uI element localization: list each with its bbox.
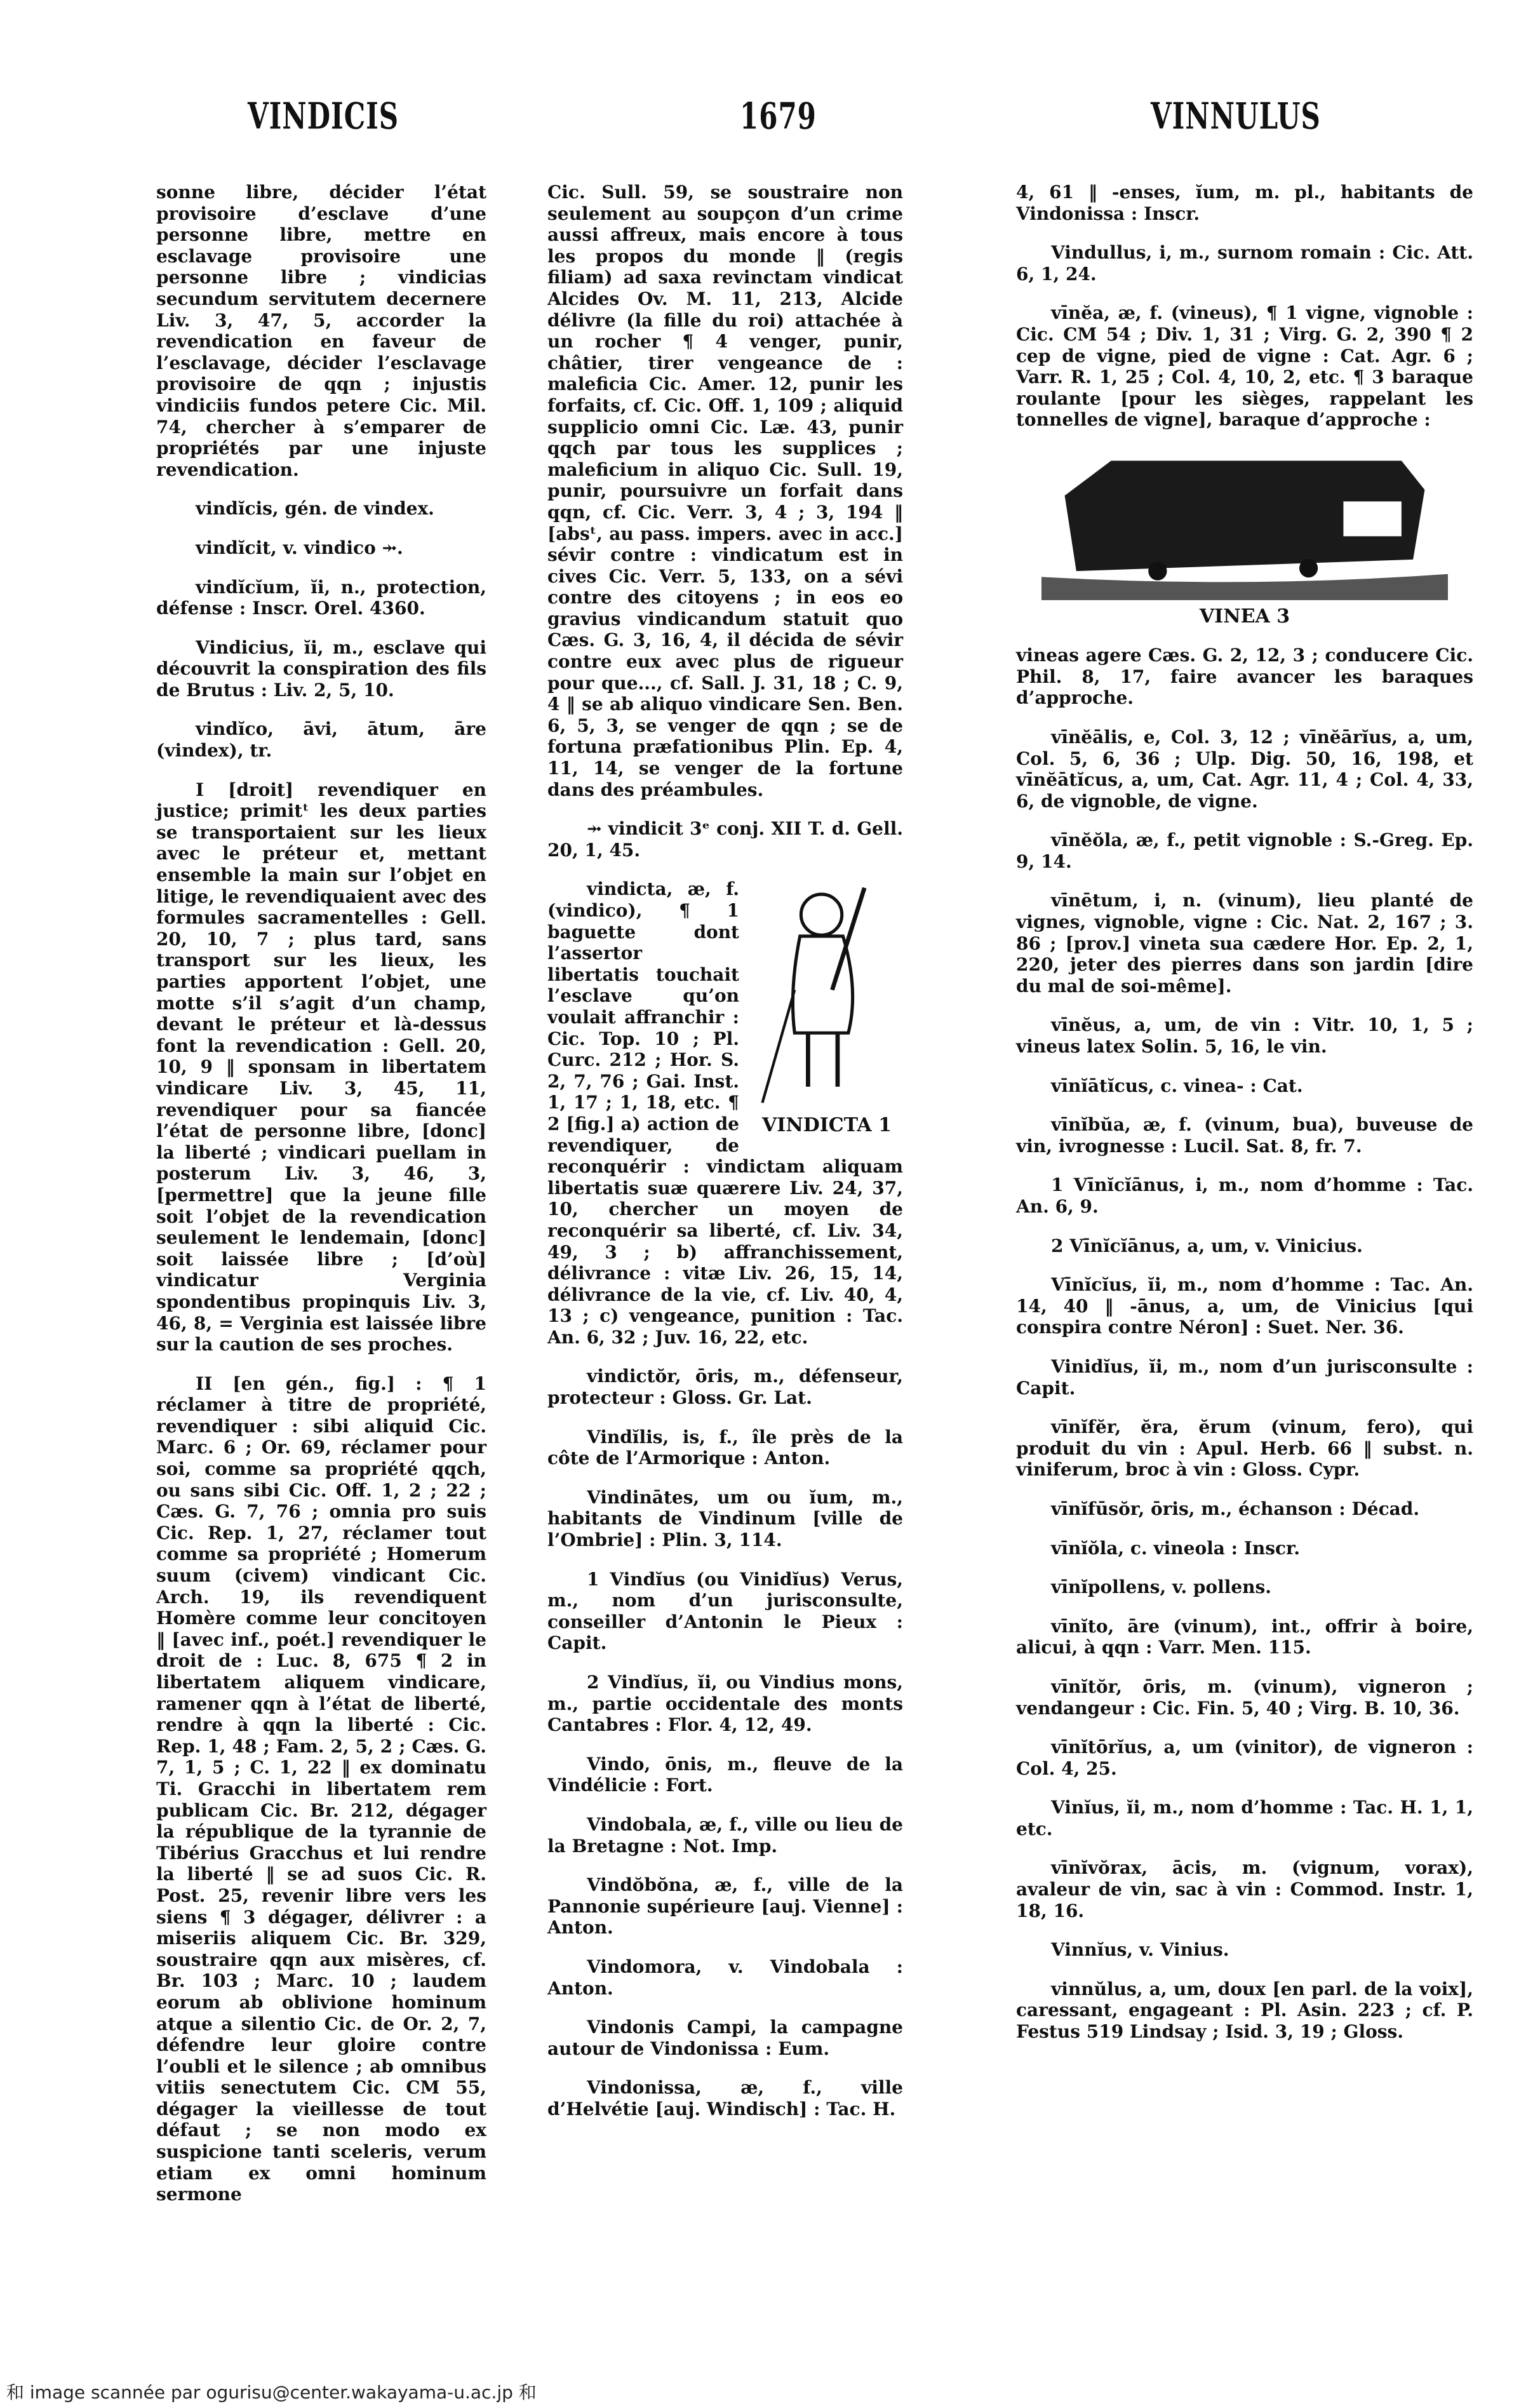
dictionary-entry: vīnĭtŏr, ōris, m. (vinum), vigneron ; ve…: [1016, 1676, 1473, 1719]
dictionary-entry: 1 Vindĭus (ou Vinidĭus) Verus, m., nom d…: [547, 1569, 903, 1654]
figure-caption: VINEA 3: [1016, 606, 1473, 628]
figure-vindicta: VINDICTA 1: [751, 881, 903, 1136]
dictionary-entry: 1 Vīnĭcĭānus, i, m., nom d’homme : Tac. …: [1016, 1174, 1473, 1217]
dictionary-entry: vīnĭpollens, v. pollens.: [1016, 1576, 1473, 1598]
page-number: 1679: [740, 95, 817, 137]
dictionary-entry: Vindobala, æ, f., ville ou lieu de la Br…: [547, 1814, 903, 1857]
dictionary-entry: 2 Vindĭus, ĭi, ou Vindius mons, m., part…: [547, 1672, 903, 1736]
dictionary-entry: vinnŭlus, a, um, doux [en parl. de la vo…: [1016, 1979, 1473, 2043]
dictionary-entry: Vindonissa, æ, f., ville d’Helvétie [auj…: [547, 2077, 903, 2120]
column-middle: Cic. Sull. 59, se soustraire non seuleme…: [547, 164, 903, 2138]
column-right: 4, 61 ‖ -enses, ĭum, m. pl., habitants d…: [1016, 164, 1473, 2060]
dictionary-entry: Vindĭlis, is, f., île près de la côte de…: [547, 1427, 903, 1469]
running-head-left: VINDICIS: [248, 95, 399, 137]
dictionary-entry: Vinnĭus, v. Vinius.: [1016, 1939, 1473, 1961]
scan-credit-footer: 和 image scannée par ogurisu@center.wakay…: [6, 2379, 537, 2404]
dictionary-entry: vīnĭŏla, c. vineola : Inscr.: [1016, 1538, 1473, 1559]
dictionary-entry-continuation: vineas agere Cæs. G. 2, 12, 3 ; conducer…: [1016, 645, 1473, 709]
dictionary-entry: Vindicius, ĭi, m., esclave qui découvrit…: [156, 637, 486, 701]
dictionary-entry: vindĭco, āvi, ātum, āre (vindex), tr.: [156, 718, 486, 761]
dictionary-entry: vīnĭātĭcus, c. vinea- : Cat.: [1016, 1075, 1473, 1097]
dictionary-sense: I [droit] revendiquer en justice; primit…: [156, 779, 486, 1355]
dictionary-entry: vīnĕus, a, um, de vin : Vitr. 10, 1, 5 ;…: [1016, 1014, 1473, 1057]
dictionary-entry: Vindullus, i, m., surnom romain : Cic. A…: [1016, 242, 1473, 285]
dictionary-entry: vīnĭvŏrax, ācis, m. (vignum, vorax), ava…: [1016, 1857, 1473, 1921]
dictionary-entry: vīnĕālis, e, Col. 3, 12 ; vīnĕārĭus, a, …: [1016, 727, 1473, 812]
dictionary-entry: vindĭcis, gén. de vindex.: [156, 498, 486, 520]
dictionary-entry: ⤞ vindicit 3ᵉ conj. XII T. d. Gell. 20, …: [547, 818, 903, 861]
dictionary-entry: Vinidĭus, ĭi, m., nom d’un jurisconsulte…: [1016, 1356, 1473, 1399]
dictionary-entry: Vindinātes, um ou ĭum, m., habitants de …: [547, 1487, 903, 1551]
dictionary-entry: Vinĭus, ĭi, m., nom d’homme : Tac. H. 1,…: [1016, 1797, 1473, 1839]
figure-caption: VINDICTA 1: [751, 1115, 903, 1136]
dictionary-entry: Vindŏbŏna, æ, f., ville de la Pannonie s…: [547, 1874, 903, 1939]
dictionary-entry: vīnĭtōrĭus, a, um (vinitor), de vigneron…: [1016, 1737, 1473, 1779]
running-head: VINDICIS 1679 VINNULUS: [0, 95, 1540, 133]
dictionary-entry: vindictŏr, ōris, m., défenseur, protecte…: [547, 1366, 903, 1408]
dictionary-entry: Vindomora, v. Vindobala : Anton.: [547, 1956, 903, 1999]
toga-figure-illustration-icon: [757, 881, 897, 1110]
dictionary-entry: vīnĕŏla, æ, f., petit vignoble : S.-Greg…: [1016, 830, 1473, 872]
column-left: sonne libre, décider l’état provisoire d…: [156, 164, 486, 2223]
dictionary-entry: vīnĭbŭa, æ, f. (vinum, bua), buveuse de …: [1016, 1114, 1473, 1157]
dictionary-entry: Vindonis Campi, la campagne autour de Vi…: [547, 2017, 903, 2059]
dictionary-entry: 2 Vīnĭcĭānus, a, um, v. Vinicius.: [1016, 1235, 1473, 1257]
dictionary-entry: Vīnĭcĭus, ĭi, m., nom d’homme : Tac. An.…: [1016, 1274, 1473, 1338]
dictionary-entry: vīnĭto, āre (vinum), int., offrir à boir…: [1016, 1616, 1473, 1658]
dictionary-entry: Vindo, ōnis, m., fleuve de la Vindélicie…: [547, 1754, 903, 1796]
figure-vinea: VINEA 3: [1016, 448, 1473, 627]
running-head-right: VINNULUS: [1151, 95, 1321, 137]
dictionary-entry: vīnĕa, æ, f. (vineus), ¶ 1 vigne, vignob…: [1016, 302, 1473, 431]
dictionary-entry-continuation: 4, 61 ‖ -enses, ĭum, m. pl., habitants d…: [1016, 182, 1473, 224]
dictionary-entry: vīnētum, i, n. (vinum), lieu planté de v…: [1016, 890, 1473, 997]
dictionary-entry: vīnĭfĕr, ĕra, ĕrum (vinum, fero), qui pr…: [1016, 1416, 1473, 1481]
dictionary-entry: vīnĭfūsŏr, ōris, m., échanson : Décad.: [1016, 1498, 1473, 1520]
dictionary-entry-continuation: sonne libre, décider l’état provisoire d…: [156, 182, 486, 480]
dictionary-entry-continuation: Cic. Sull. 59, se soustraire non seuleme…: [547, 182, 903, 800]
dictionary-entry: vindĭcĭum, ĭi, n., protection, défense :…: [156, 577, 486, 619]
dictionary-sense: II [en gén., fig.] : ¶ 1 réclamer à titr…: [156, 1373, 486, 2205]
siege-shed-illustration-icon: [1041, 448, 1448, 601]
dictionary-entry: vindĭcit, v. vindico ⤞.: [156, 537, 486, 559]
